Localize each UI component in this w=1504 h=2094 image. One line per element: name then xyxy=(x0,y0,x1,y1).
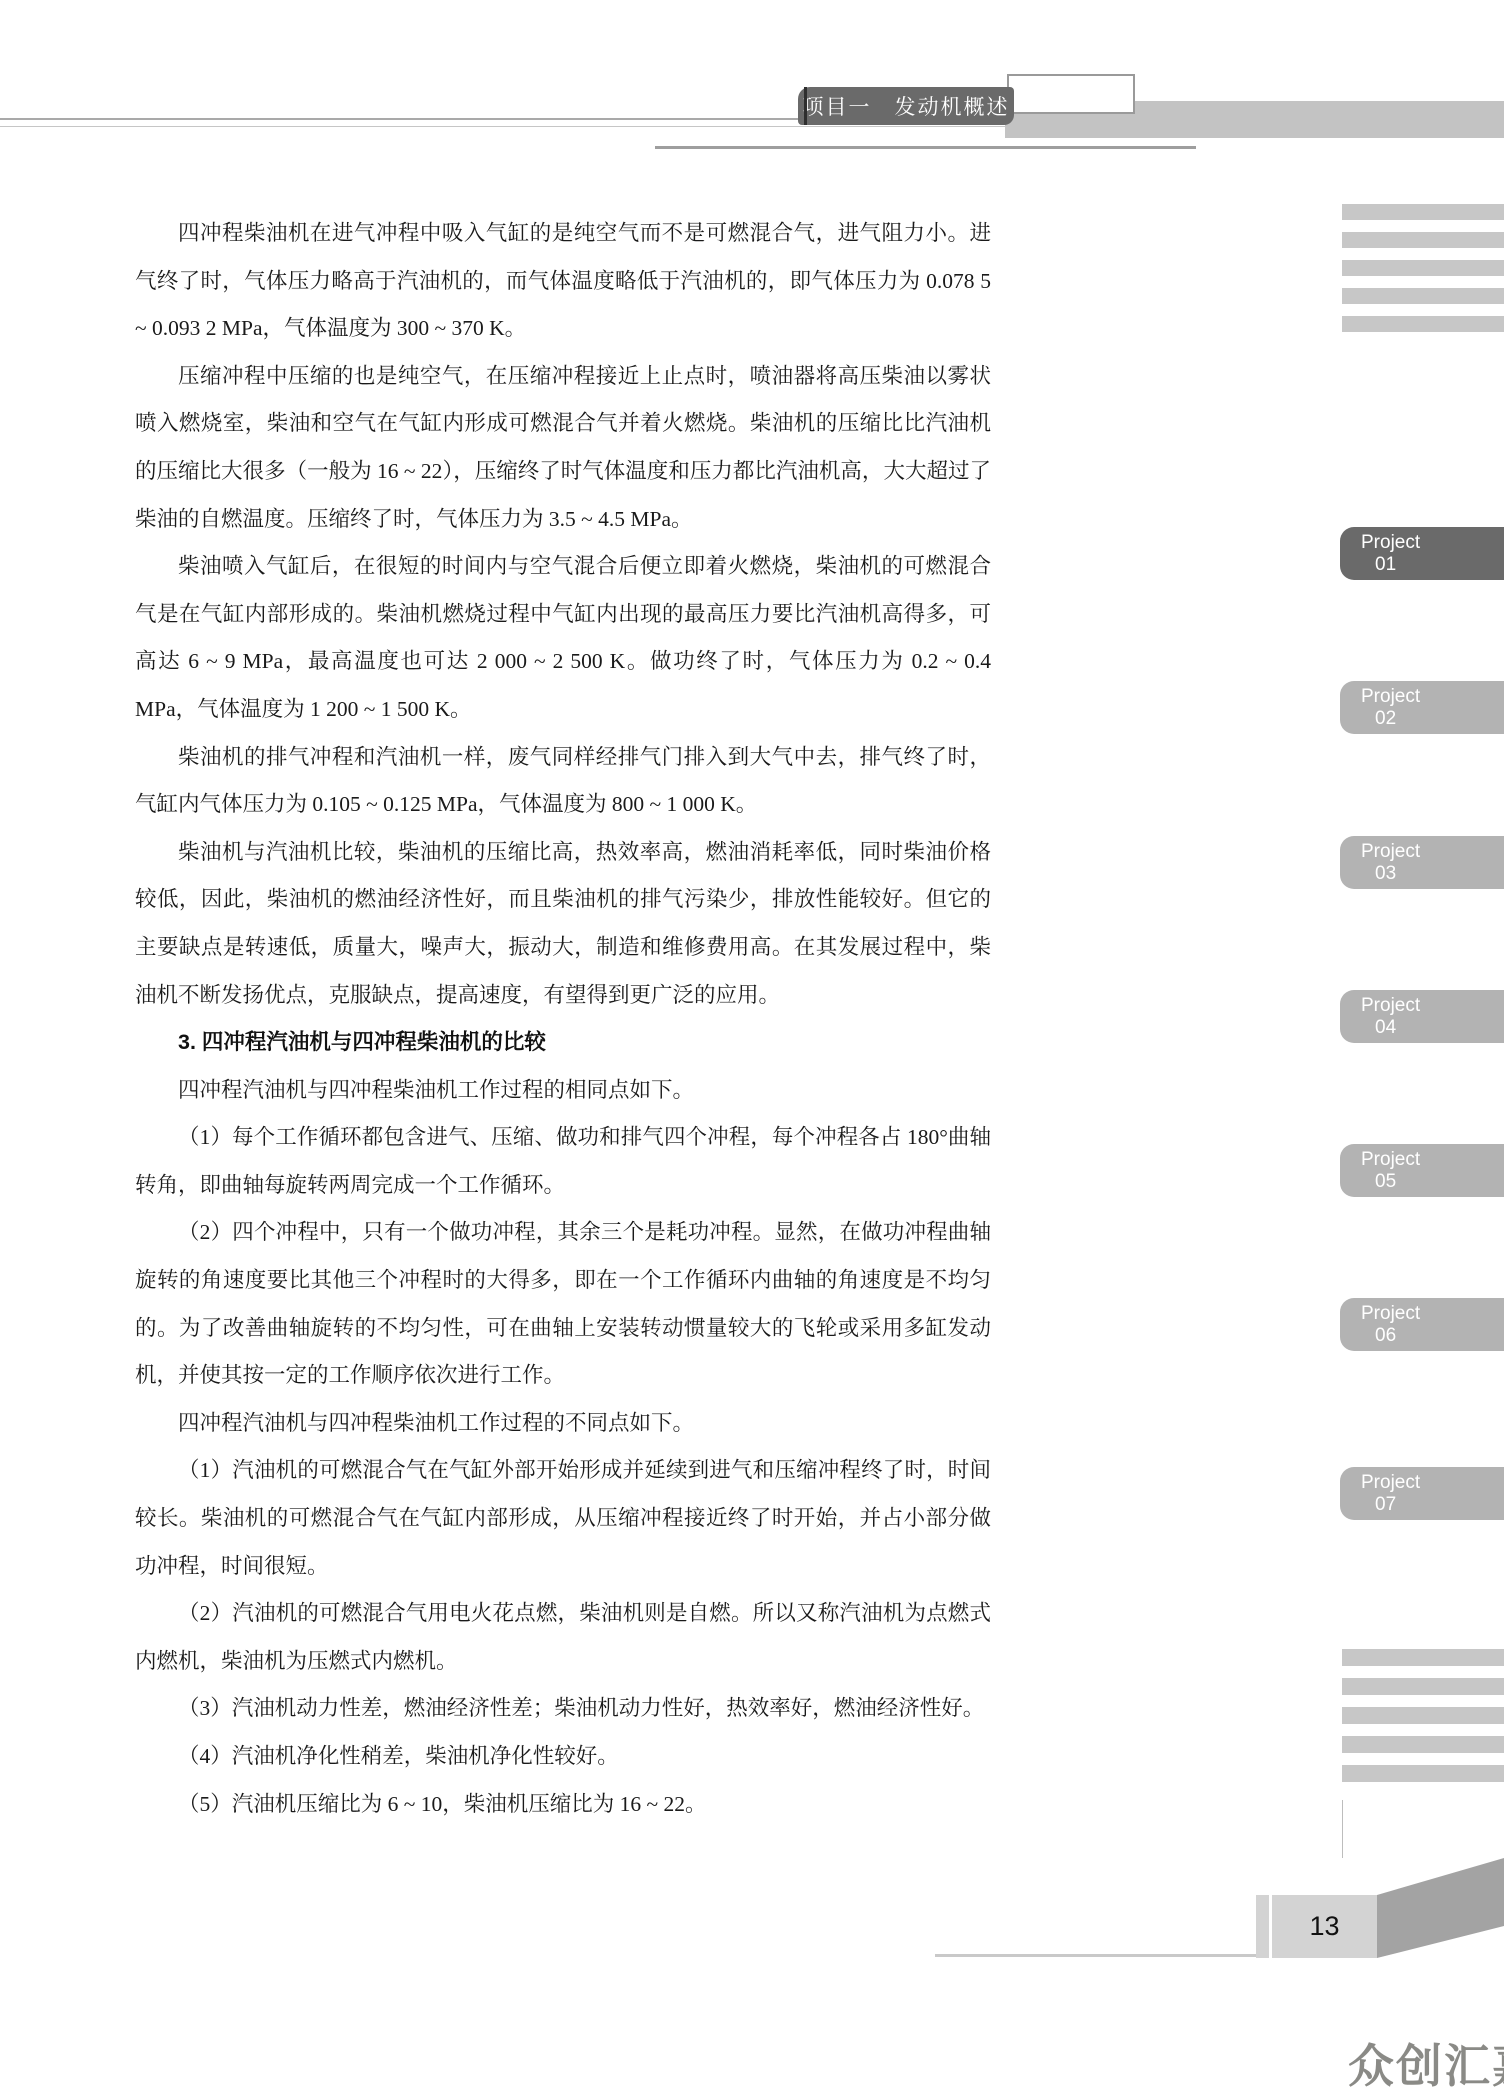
section-heading: 3. 四冲程汽油机与四冲程柴油机的比较 xyxy=(135,1019,991,1067)
project-tab-number: 06 xyxy=(1361,1325,1504,1347)
project-tab-number: 07 xyxy=(1361,1494,1504,1516)
project-tab-word: Project xyxy=(1361,532,1504,554)
paragraph: 柴油机与汽油机比较，柴油机的压缩比高，热效率高，燃油消耗率低，同时柴油价格较低，… xyxy=(135,829,991,1019)
paragraph: 四冲程汽油机与四冲程柴油机工作过程的相同点如下。 xyxy=(135,1067,991,1115)
watermark: 众创汇嘉 xyxy=(1348,2030,1504,2090)
project-tab-03: Project03 xyxy=(1340,836,1504,889)
paragraph: （5）汽油机压缩比为 6 ~ 10，柴油机压缩比为 16 ~ 22。 xyxy=(135,1781,991,1829)
book-page: 项目一 发动机概述 四冲程柴油机在进气冲程中吸入气缸的是纯空气而不是可燃混合气，… xyxy=(0,0,1504,2094)
page-number: 13 xyxy=(1309,1911,1339,1942)
paragraph: 四冲程汽油机与四冲程柴油机工作过程的不同点如下。 xyxy=(135,1400,991,1448)
project-tab-number: 04 xyxy=(1361,1017,1504,1039)
header-underline xyxy=(655,146,1196,149)
paragraph: 压缩冲程中压缩的也是纯空气，在压缩冲程接近上止点时，喷油器将高压柴油以雾状喷入燃… xyxy=(135,353,991,543)
decor-bar xyxy=(1342,1678,1504,1695)
paragraph: （2）四个冲程中，只有一个做功冲程，其余三个是耗功冲程。显然，在做功冲程曲轴旋转… xyxy=(135,1209,991,1399)
page-number-box: 13 xyxy=(1272,1895,1377,1958)
project-tab-word: Project xyxy=(1361,1303,1504,1325)
chapter-tab-accent-line xyxy=(804,87,807,125)
project-tab-number: 02 xyxy=(1361,708,1504,730)
project-tab-number: 01 xyxy=(1361,554,1504,576)
project-tab-word: Project xyxy=(1361,841,1504,863)
body-content: 四冲程柴油机在进气冲程中吸入气缸的是纯空气而不是可燃混合气，进气阻力小。进气终了… xyxy=(135,210,991,1828)
project-tab-word: Project xyxy=(1361,1149,1504,1171)
decor-bar xyxy=(1342,204,1504,220)
decor-bar xyxy=(1342,1736,1504,1753)
project-tab-word: Project xyxy=(1361,995,1504,1017)
project-tab-01: Project01 xyxy=(1340,527,1504,580)
project-tab-07: Project07 xyxy=(1340,1467,1504,1520)
decor-bar xyxy=(1342,1707,1504,1724)
corner-fold-guide xyxy=(1342,1800,1343,1858)
project-tab-word: Project xyxy=(1361,1472,1504,1494)
chapter-tab: 项目一 发动机概述 xyxy=(798,87,1014,125)
paragraph: 四冲程柴油机在进气冲程中吸入气缸的是纯空气而不是可燃混合气，进气阻力小。进气终了… xyxy=(135,210,991,353)
project-tab-05: Project05 xyxy=(1340,1144,1504,1197)
paragraph: 柴油喷入气缸后，在很短的时间内与空气混合后便立即着火燃烧，柴油机的可燃混合气是在… xyxy=(135,543,991,733)
project-tab-number: 03 xyxy=(1361,863,1504,885)
decor-bar xyxy=(1342,232,1504,248)
paragraph: （1）汽油机的可燃混合气在气缸外部开始形成并延续到进气和压缩冲程终了时，时间较长… xyxy=(135,1447,991,1590)
project-tab-04: Project04 xyxy=(1340,990,1504,1043)
header-corner-box xyxy=(1007,74,1135,114)
decor-bar xyxy=(1342,1649,1504,1666)
footer-rule xyxy=(935,1954,1257,1957)
corner-fold xyxy=(1377,1858,1504,1958)
paragraph: （3）汽油机动力性差，燃油经济性差；柴油机动力性好，热效率好，燃油经济性好。 xyxy=(135,1685,991,1733)
project-tab-06: Project06 xyxy=(1340,1298,1504,1351)
chapter-tab-label: 项目一 发动机概述 xyxy=(803,91,1010,121)
project-tab-02: Project02 xyxy=(1340,681,1504,734)
decor-bar xyxy=(1342,260,1504,276)
header-rule-bottom xyxy=(0,126,1008,127)
project-tab-word: Project xyxy=(1361,686,1504,708)
paragraph: （1）每个工作循环都包含进气、压缩、做功和排气四个冲程，每个冲程各占 180°曲… xyxy=(135,1114,991,1209)
project-tab-number: 05 xyxy=(1361,1171,1504,1193)
decor-bar xyxy=(1342,1765,1504,1782)
decor-bar xyxy=(1342,316,1504,332)
paragraph: 柴油机的排气冲程和汽油机一样，废气同样经排气门排入到大气中去，排气终了时，气缸内… xyxy=(135,734,991,829)
paragraph: （2）汽油机的可燃混合气用电火花点燃，柴油机则是自燃。所以又称汽油机为点燃式内燃… xyxy=(135,1590,991,1685)
decor-bar xyxy=(1342,288,1504,304)
paragraph: （4）汽油机净化性稍差，柴油机净化性较好。 xyxy=(135,1733,991,1781)
page-number-stripe xyxy=(1256,1895,1269,1958)
